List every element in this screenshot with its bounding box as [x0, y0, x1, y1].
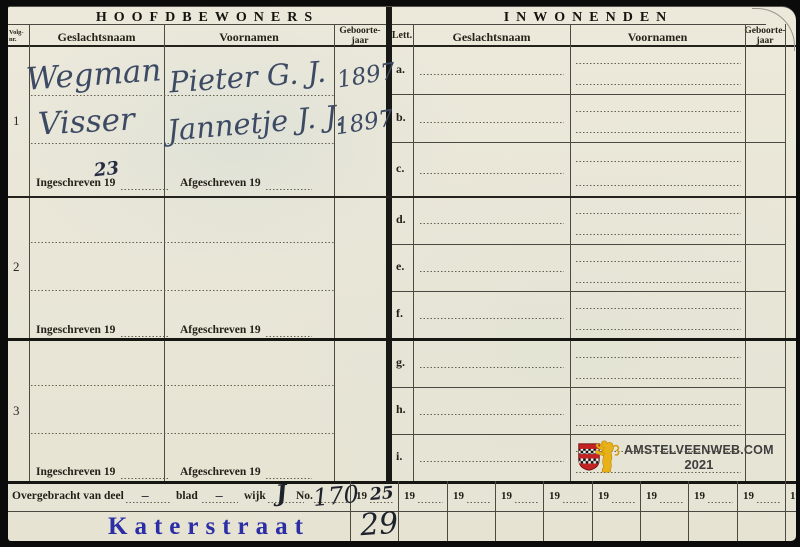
writing-line [576, 260, 741, 262]
handwritten-year-25: 25 [369, 483, 394, 505]
writing-line [467, 501, 491, 503]
grid-line [392, 434, 785, 435]
grid-line [8, 481, 796, 484]
handwritten-ingeschreven-year: 23 [93, 158, 120, 182]
card-corner-curve [752, 8, 795, 51]
col-header-volgnr: Volg- nr. [9, 29, 28, 43]
scanned-register-photo: { "hoofdbewoners": { "title": "HOOFDBEWO… [0, 0, 800, 547]
writing-line [576, 233, 741, 235]
grid-line [8, 24, 386, 25]
wijk-label: wijk [244, 490, 266, 502]
ingeschreven-label: Ingeschreven 19 [36, 466, 115, 478]
year-cell-label: 19 [743, 490, 754, 502]
writing-line [576, 377, 741, 379]
grid-line [413, 24, 414, 481]
no-label: No. [296, 490, 313, 502]
row-number: 2 [13, 259, 20, 275]
grid-line [392, 387, 785, 388]
grid-line [392, 291, 785, 292]
overgebracht-label: Overgebracht van deel [12, 490, 124, 502]
writing-line [420, 317, 564, 319]
writing-line [266, 477, 312, 479]
writing-line [660, 501, 684, 503]
handwritten-firstnames: Jannetje J. J. [166, 98, 345, 147]
year-cell-label: 19 [404, 490, 415, 502]
writing-line [420, 222, 564, 224]
watermark-year: 2021 [624, 457, 774, 472]
grid-line [392, 94, 785, 95]
grid-line [334, 24, 335, 481]
grid-line [8, 45, 796, 47]
writing-line [121, 188, 169, 190]
writing-line [420, 121, 564, 123]
afgeschreven-label: Afgeschreven 19 [180, 324, 261, 336]
writing-line [420, 73, 564, 75]
col-header-geboortejaar: Geboorte-jaar [336, 27, 384, 47]
lodger-letter: a. [396, 62, 405, 77]
writing-line [576, 62, 741, 64]
row-number: 3 [13, 403, 20, 419]
writing-line [121, 477, 169, 479]
writing-line [31, 289, 334, 291]
year-cell-label: 19 [549, 490, 560, 502]
year-cell-label: 19 [694, 490, 705, 502]
writing-line [576, 403, 741, 405]
handwritten-street-number: 29 [359, 506, 400, 541]
lodger-letter: e. [396, 259, 404, 274]
writing-line [576, 110, 741, 112]
writing-line [515, 501, 539, 503]
writing-line [420, 413, 564, 415]
writing-line [708, 501, 733, 503]
handwritten-house-no: 170 [312, 480, 360, 512]
writing-line [757, 501, 781, 503]
writing-line [420, 366, 564, 368]
writing-line [31, 384, 334, 386]
writing-line [576, 281, 741, 283]
col-header-voornamen-right: Voornamen [570, 31, 745, 44]
lodger-letter: c. [396, 161, 404, 176]
lodger-letter: b. [396, 110, 406, 125]
grid-line [392, 244, 785, 245]
writing-line [266, 335, 312, 337]
watermark: AMSTELVEENWEB.COM 2021 [578, 443, 750, 478]
lodger-letter: g. [396, 355, 405, 370]
writing-line [612, 501, 636, 503]
year-cell-label: 19 [501, 490, 512, 502]
writing-line [420, 172, 564, 174]
blad-label: blad [176, 490, 198, 502]
handwritten-surname: Visser [37, 101, 136, 142]
writing-line [420, 460, 564, 462]
writing-line [576, 131, 741, 133]
writing-line [576, 184, 741, 186]
register-card: HOOFDBEWONERS INWONENDEN Volg- nr. Gesla… [8, 6, 796, 541]
grid-line [745, 24, 746, 481]
row-number: 1 [13, 113, 20, 129]
handwritten-surname: Wegman [25, 52, 163, 97]
grid-line [392, 24, 766, 25]
writing-line [576, 424, 741, 426]
col-header-geslachtsnaam: Geslachtsnaam [29, 31, 164, 44]
afgeschreven-label: Afgeschreven 19 [180, 466, 261, 478]
lodger-letter: f. [396, 306, 403, 321]
handwritten-firstnames: Pieter G. J. [168, 55, 327, 100]
year-cell-label: 19 [646, 490, 657, 502]
writing-line [418, 501, 443, 503]
writing-line [576, 328, 741, 330]
grid-line [164, 24, 165, 481]
watermark-site: AMSTELVEENWEB.COM [624, 443, 774, 457]
grid-line [8, 511, 796, 512]
writing-line [563, 501, 588, 503]
year-cell-label: 19 [598, 490, 609, 502]
lion-icon [594, 439, 622, 478]
writing-line [266, 188, 312, 190]
year-cell-label: 19 [790, 490, 796, 502]
writing-line [121, 335, 169, 337]
grid-line [8, 338, 796, 341]
writing-line [576, 160, 741, 162]
grid-line [8, 196, 796, 198]
street-name-stamp: Katerstraat [108, 513, 308, 541]
writing-line [576, 356, 741, 358]
grid-line [392, 142, 785, 143]
col-header-geslachtsnaam-right: Geslachtsnaam [413, 31, 570, 44]
handwritten-deel: ‒ [141, 489, 149, 504]
lodger-letter: i. [396, 449, 402, 464]
grid-line [570, 24, 571, 481]
year-cell-label: 19 [453, 490, 464, 502]
lodger-letter: h. [396, 402, 406, 417]
col-header-lett: Lett. [391, 31, 413, 42]
writing-line [420, 270, 564, 272]
writing-line [576, 212, 741, 214]
afgeschreven-label: Afgeschreven 19 [180, 177, 261, 189]
ingeschreven-label: Ingeschreven 19 [36, 324, 115, 336]
handwritten-blad: ‒ [215, 489, 223, 504]
writing-line [576, 307, 741, 309]
lodger-letter: d. [396, 212, 406, 227]
writing-line [576, 83, 741, 85]
writing-line [31, 241, 334, 243]
col-header-voornamen: Voornamen [164, 31, 334, 44]
grid-line [785, 24, 786, 481]
writing-line [31, 432, 334, 434]
